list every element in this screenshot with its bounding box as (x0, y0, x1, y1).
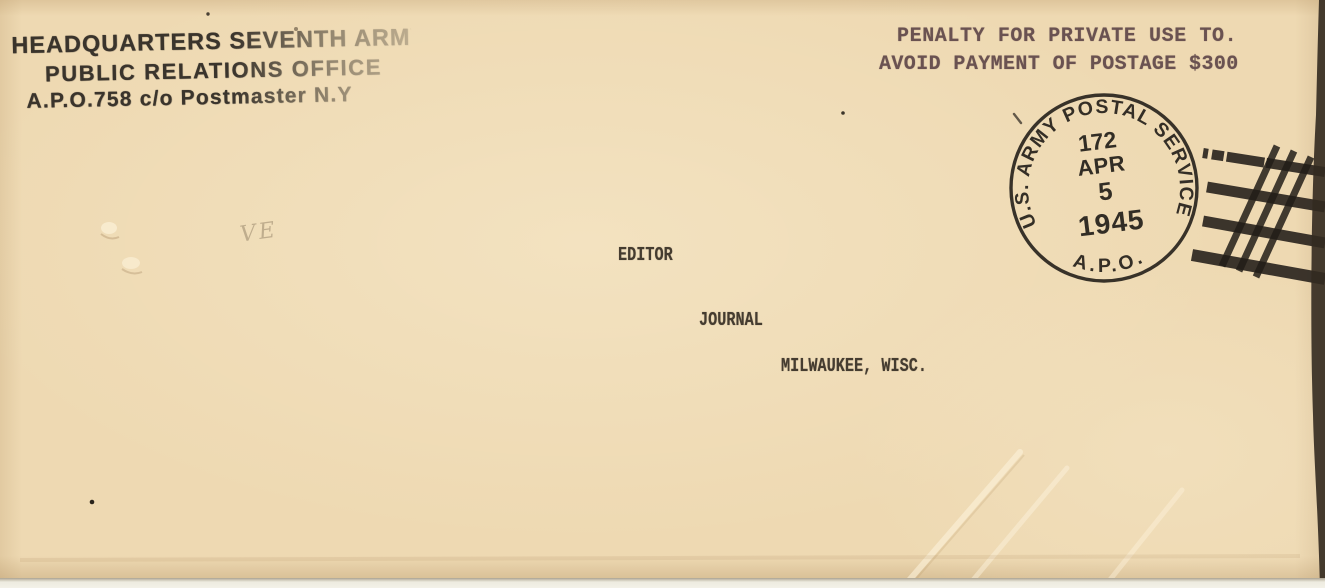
pencil-note: VE (238, 217, 279, 247)
address-line3: MILWAUKEE, WISC. (781, 355, 927, 377)
return-address-line3: A.P.O.758 c/o Postmaster N.Y (26, 83, 353, 114)
scanner-background-strip (0, 578, 1325, 588)
return-address-stamp: HEADQUARTERS SEVENTH ARMY PUBLIC RELATIO… (11, 24, 413, 124)
address-line1: EDITOR (618, 244, 673, 266)
envelope-paper: HEADQUARTERS SEVENTH ARMY PUBLIC RELATIO… (0, 0, 1325, 578)
penalty-line2: AVOID PAYMENT OF POSTAGE $300 (879, 53, 1239, 76)
penalty-line1: PENALTY FOR PRIVATE USE TO. (897, 25, 1237, 48)
address-line2: JOURNAL (699, 309, 763, 331)
envelope-scan: HEADQUARTERS SEVENTH ARMY PUBLIC RELATIO… (0, 0, 1325, 588)
